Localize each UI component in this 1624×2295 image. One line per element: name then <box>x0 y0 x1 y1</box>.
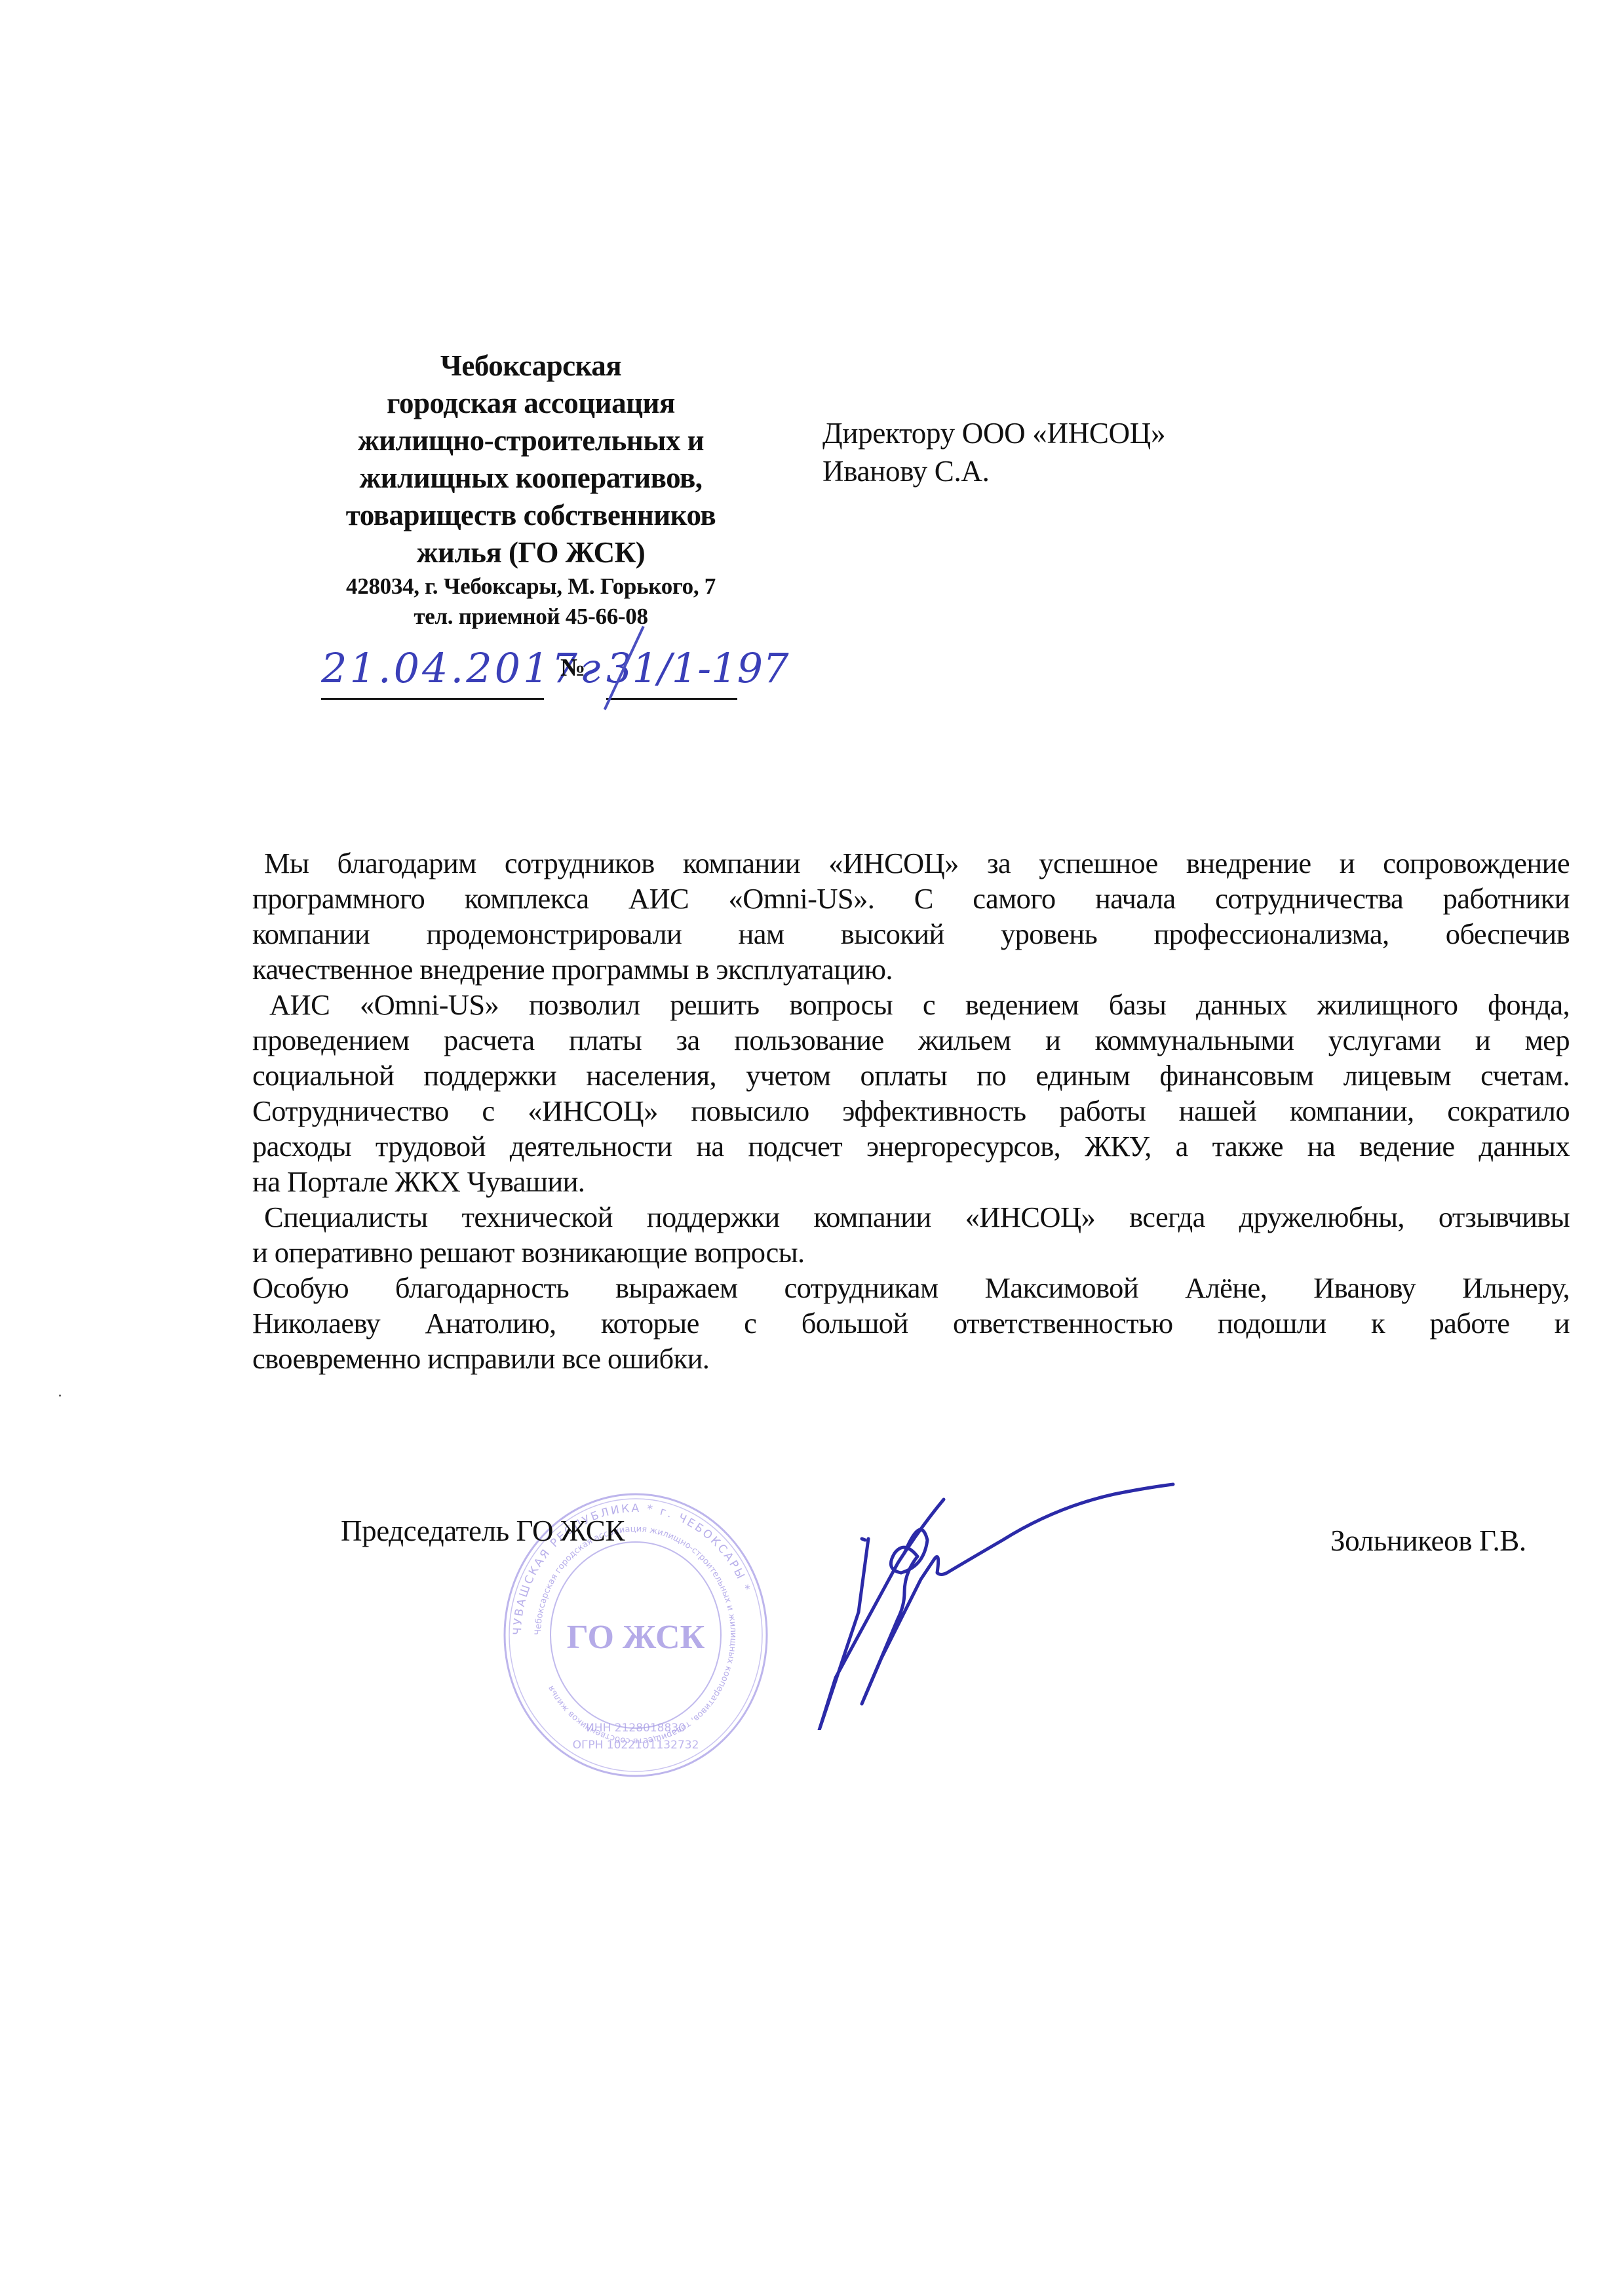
body-line: и оперативно решают возникающие вопросы. <box>252 1235 1570 1270</box>
body-line: на Портале ЖКХ Чувашии. <box>252 1164 1570 1199</box>
body-line: компании продемонстрировали нам высокий … <box>252 916 1570 952</box>
stamp-inn: ИНН 2128018830 <box>586 1722 686 1735</box>
body-line: качественное внедрение программы в экспл… <box>252 952 1570 987</box>
org-name-line: Чебоксарская <box>275 347 786 385</box>
addressee: Директору ООО «ИНСОЦ» Иванову С.А. <box>822 414 1165 490</box>
body-line: проведением расчета платы за пользование… <box>252 1022 1570 1058</box>
org-phone: тел. приемной 45-66-08 <box>275 602 786 632</box>
addressee-name: Иванову С.А. <box>822 452 1165 490</box>
org-name-line: жилищных кооперативов, <box>275 459 786 497</box>
scan-speck <box>59 1395 61 1397</box>
org-address: 428034, г. Чебоксары, М. Горького, 7 <box>275 571 786 602</box>
body-line: АИС «Omni-US» позволил решить вопросы с … <box>252 987 1570 1022</box>
signatory-name: Зольникеов Г.В. <box>1330 1524 1526 1558</box>
body-line: Специалисты технической поддержки компан… <box>252 1199 1570 1235</box>
body-line: Сотрудничество с «ИНСОЦ» повысило эффект… <box>252 1093 1570 1128</box>
addressee-title: Директору ООО «ИНСОЦ» <box>822 414 1165 452</box>
org-name-line: товариществ собственников <box>275 497 786 534</box>
registration-line: 21.04.2017г № 31/1-197 <box>315 639 800 718</box>
org-name-line: жилищно-строительных и <box>275 422 786 459</box>
body-line: своевременно исправили все ошибки. <box>252 1341 1570 1376</box>
handwritten-signature <box>806 1442 1304 1730</box>
letterhead: Чебоксарская городская ассоциация жилищн… <box>275 347 786 632</box>
signatory-role: Председатель ГО ЖСК <box>341 1514 625 1548</box>
org-name-line: жилья (ГО ЖСК) <box>275 534 786 571</box>
letter-page: Чебоксарская городская ассоциация жилищн… <box>0 0 1624 2295</box>
body-line: социальной поддержки населения, учетом о… <box>252 1058 1570 1093</box>
body-line: Николаеву Анатолию, которые с большой от… <box>252 1305 1570 1341</box>
letter-body: Мы благодарим сотрудников компании «ИНСО… <box>252 845 1570 1376</box>
registration-date: 21.04.2017г <box>321 639 544 700</box>
stamp-center-text: ГО ЖСК <box>567 1619 705 1656</box>
org-name-line: городская ассоциация <box>275 385 786 422</box>
body-line: Особую благодарность выражаем сотрудника… <box>252 1270 1570 1305</box>
body-line: расходы трудовой деятельности на подсчет… <box>252 1128 1570 1164</box>
body-line: программного комплекса АИС «Omni-US». С … <box>252 881 1570 916</box>
body-line: Мы благодарим сотрудников компании «ИНСО… <box>252 845 1570 881</box>
stamp-ogrn: ОГРН 1022101132732 <box>573 1739 699 1752</box>
registration-number: 31/1-197 <box>606 639 737 700</box>
registration-number-label: № <box>560 653 585 682</box>
